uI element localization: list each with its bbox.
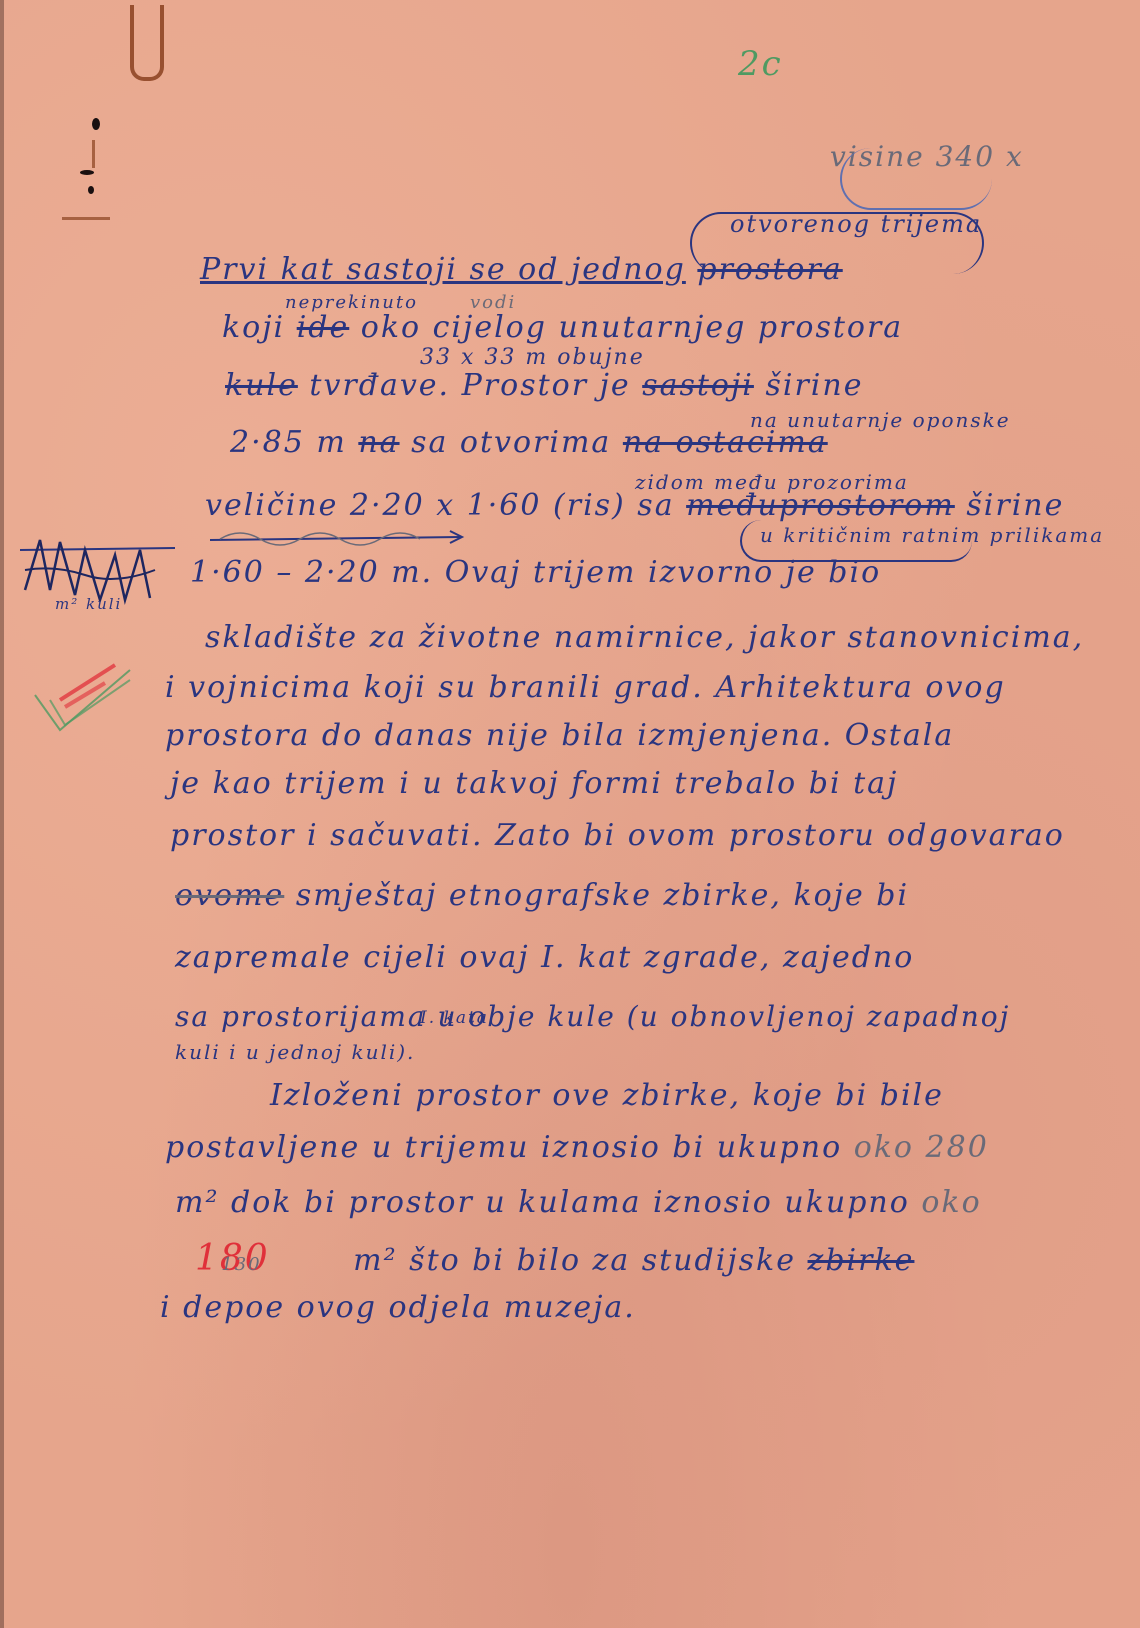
heading-prvi-kat: Prvi kat sastoji se od jednog <box>200 252 686 287</box>
text-line-11: prostor i sačuvati. Zato bi ovom prostor… <box>170 818 1065 853</box>
struck-word: prostora <box>697 252 842 287</box>
text-line-20: i depoe ovog odjela muzeja. <box>160 1290 636 1325</box>
text-line-14: sa prostorijama u obje kule (u obnovljen… <box>175 1000 1010 1033</box>
arrow-line <box>210 525 470 555</box>
margin-note: m² kuli <box>55 595 122 613</box>
text-line-12: ovome smještaj etnografske zbirke, koje … <box>175 878 909 913</box>
text-line-9: prostora do danas nije bila izmjenjena. … <box>165 718 954 753</box>
text-line-7: skladište za životne namirnice, jakor st… <box>205 620 1084 655</box>
text-line-15: kuli i u jednoj kuli). <box>175 1040 415 1064</box>
text-line-16: Izloženi prostor ove zbirke, koje bi bil… <box>270 1078 944 1113</box>
text-line-18: m² dok bi prostor u kulama iznosio ukupn… <box>175 1185 982 1220</box>
text-line-10: je kao trijem i u takvoj formi trebalo b… <box>170 766 898 801</box>
text-line-13: zapremale cijeli ovaj I. kat zgrade, zaj… <box>175 940 914 975</box>
text-line-6: 1·60 – 2·20 m. Ovaj trijem izvorno je bi… <box>190 555 881 590</box>
staple-mark <box>130 5 164 81</box>
document-page: 2c visine 340 x otvorenog trijema Prvi k… <box>0 0 1140 1628</box>
note-bracket <box>840 148 992 210</box>
text-line-17: postavljene u trijemu iznosio bi ukupno … <box>165 1130 989 1165</box>
text-line-2: koji ide oko cijelog unutarnjeg prostora <box>222 310 903 345</box>
text-line-19: 180 130 m² što bi bilo za studijske zbir… <box>195 1238 914 1279</box>
page-edge <box>0 0 4 1628</box>
text-line-5: veličine 2·20 x 1·60 (ris) sa međuprosto… <box>205 488 1064 523</box>
text-line-4: 2·85 m na sa otvorima na ostacima <box>230 425 828 460</box>
punch-hole <box>80 170 94 175</box>
text-line-8: i vojnicima koji su branili grad. Arhite… <box>165 670 1006 705</box>
check-mark-icon <box>30 655 140 735</box>
rust-mark <box>92 140 95 168</box>
pencil-number: 130 <box>221 1254 261 1275</box>
page-number-mark: 2c <box>738 44 783 84</box>
punch-hole <box>92 118 100 130</box>
text-line-3: kule tvrđave. Prostor je sastoji širine <box>225 368 863 403</box>
rust-mark <box>62 217 110 220</box>
punch-hole <box>88 186 94 194</box>
text-line-1: Prvi kat sastoji se od jednog prostora <box>200 252 843 287</box>
insertion-dimensions: 33 x 33 m obujne <box>420 345 645 370</box>
